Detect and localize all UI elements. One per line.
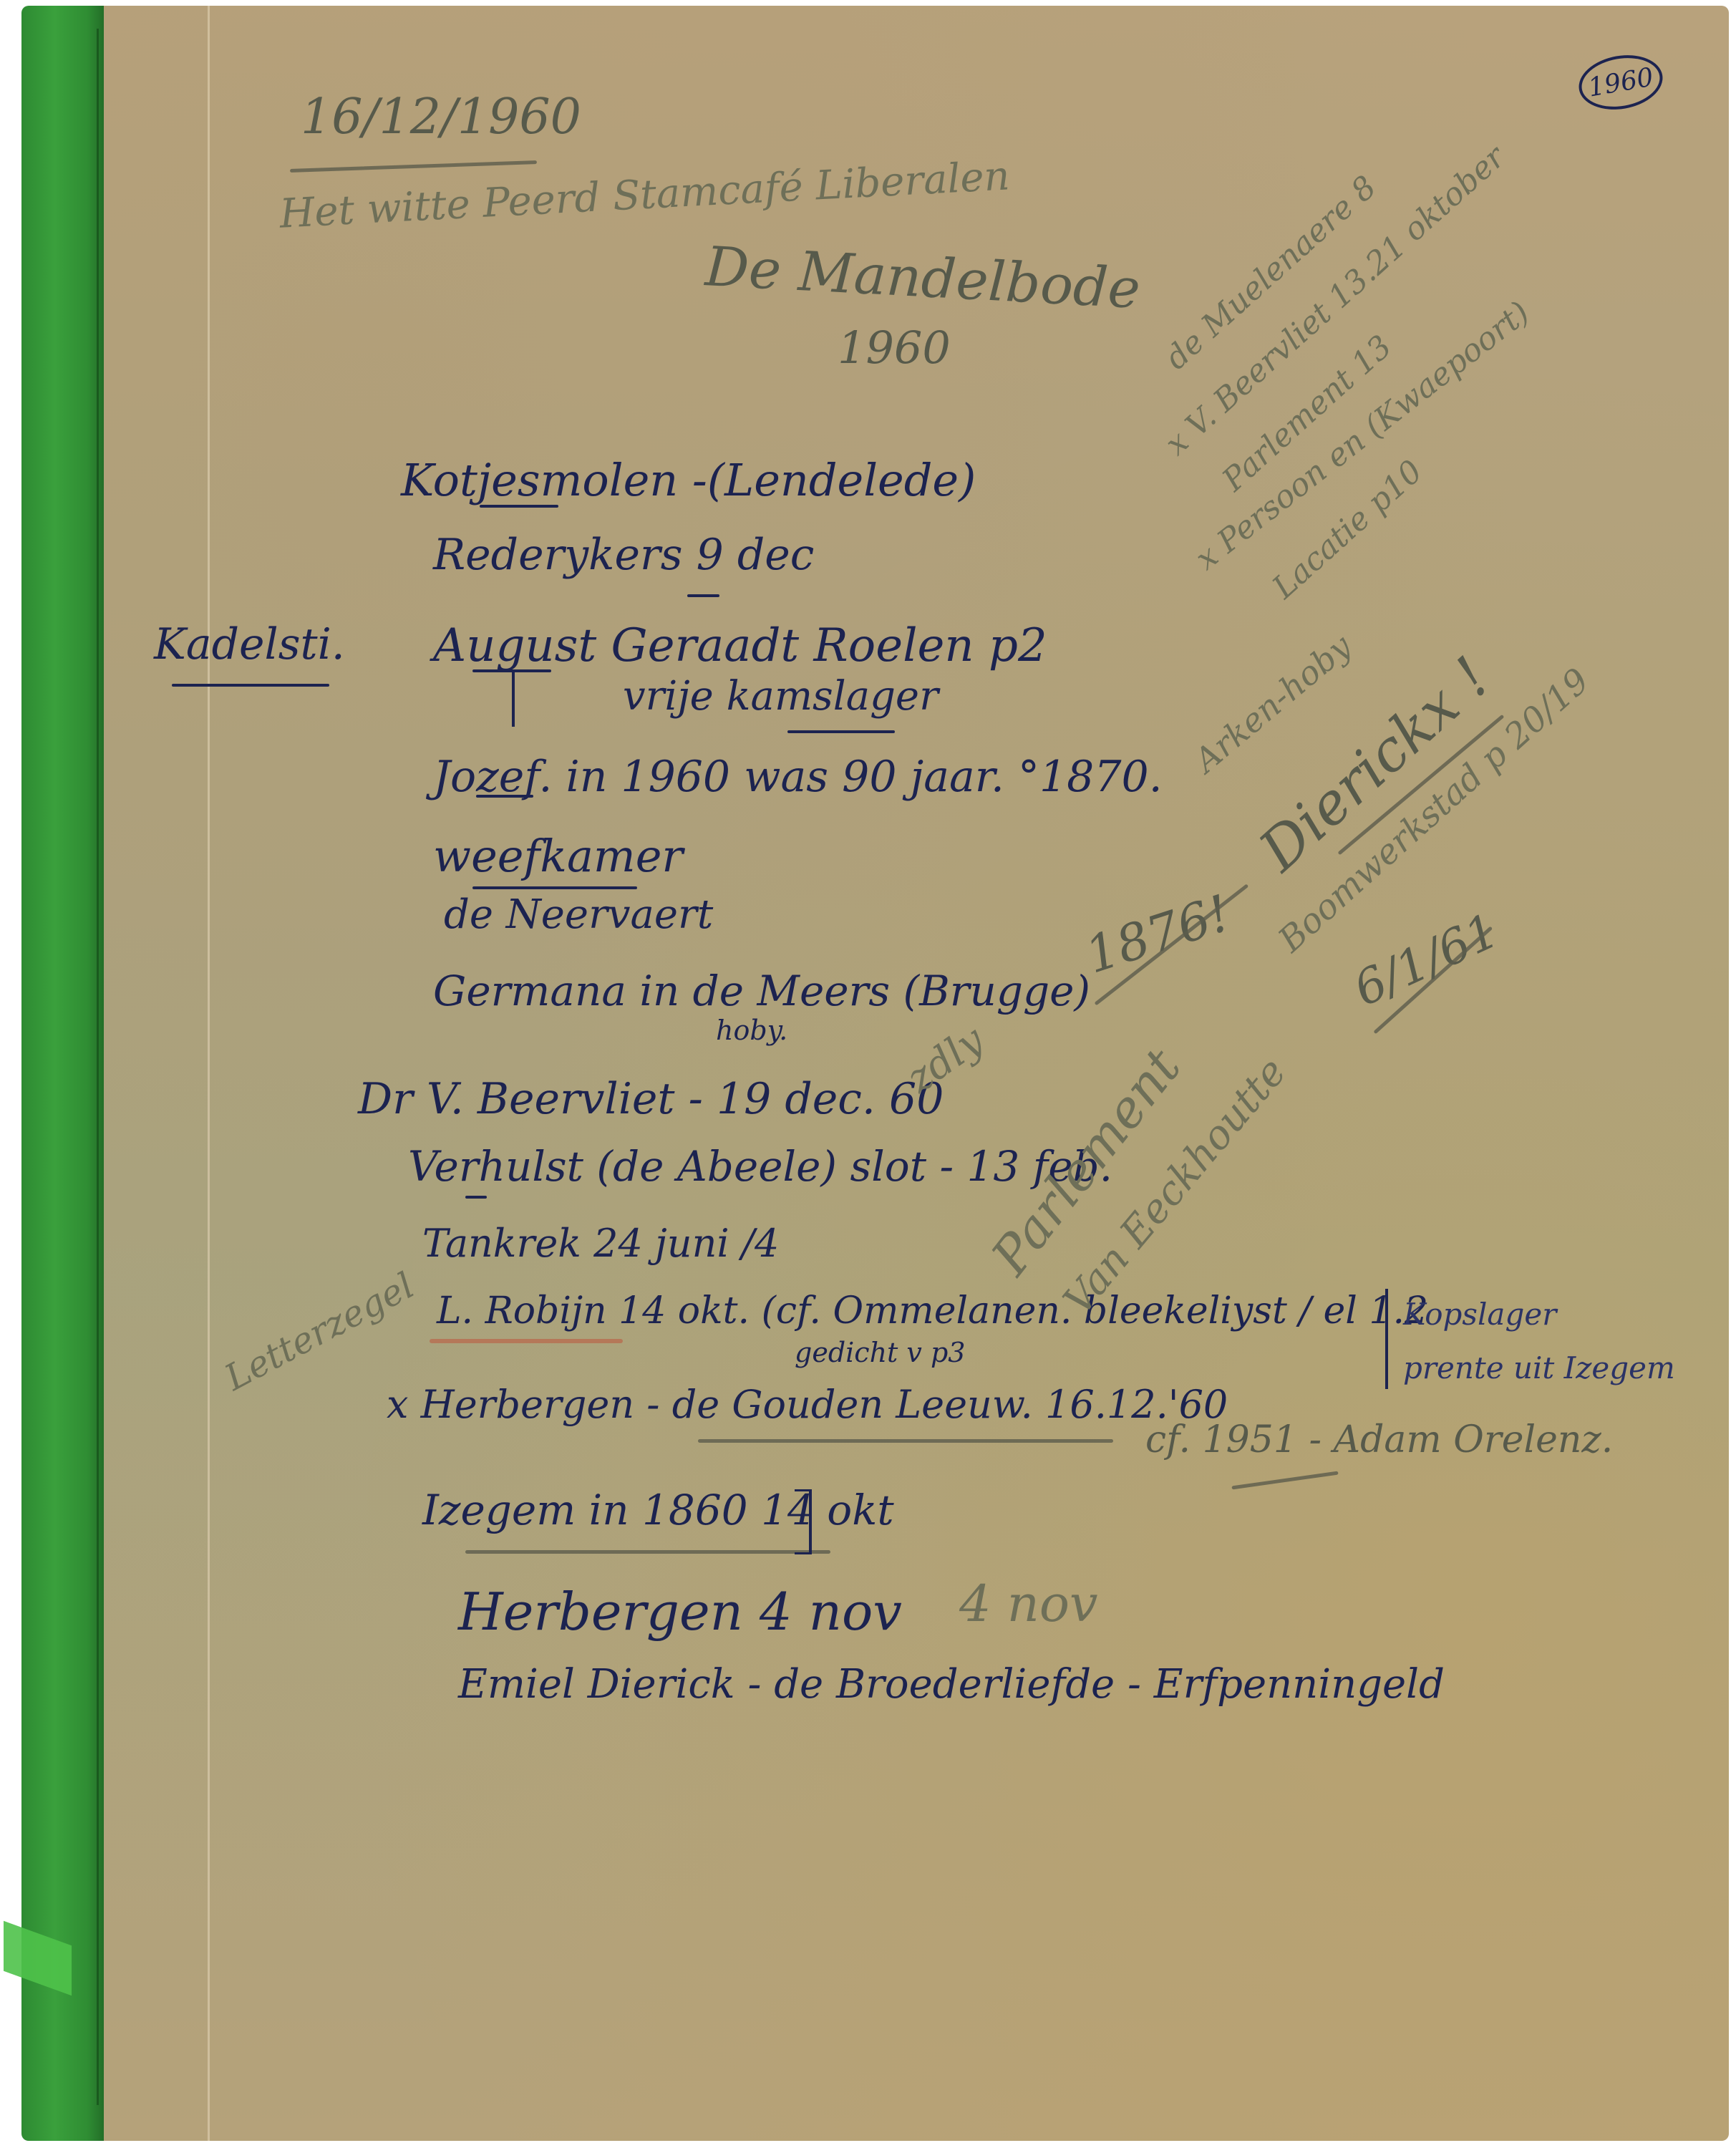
entry-beervliet: Dr V. Beervliet - 19 dec. 60 (358, 1078, 944, 1121)
year-stamp-text: 1960 (1586, 62, 1655, 102)
kadelsti-underline (172, 684, 329, 687)
entry-august-roelen: August Geraadt Roelen p2 (433, 623, 1047, 669)
pencil-nov: 4 nov (959, 1579, 1098, 1629)
green-binding-tape (21, 6, 104, 2141)
weefkamer-underline (472, 886, 637, 889)
entry-tankrek: Tankrek 24 juni /4 (422, 1224, 779, 1263)
cross-line (512, 669, 515, 727)
entry-emiel-dierick: Emiel Dierick - de Broederliefde - Erfpe… (458, 1665, 1445, 1705)
kamslager-underline (787, 730, 895, 733)
margin-kadelsti: Kadelsti. (154, 623, 345, 666)
entry-robijn: L. Robijn 14 okt. (cf. Ommelanen. bleeke… (437, 1292, 1428, 1330)
entry-neervaert: de Neervaert (444, 895, 713, 935)
robijn-red-underline (430, 1339, 623, 1343)
entry-kotjesmolen: Kotjesmolen -(Lendelede) (401, 458, 976, 503)
paper-crease (208, 6, 210, 2141)
gouden-leeuw-underline (698, 1439, 1113, 1443)
entry-izegem: Izegem in 1860 14 okt (422, 1489, 894, 1531)
header-year: 1960 (838, 326, 951, 370)
izegem-bracket (795, 1489, 812, 1554)
spine-edge-line (97, 29, 99, 2105)
entry-herbergen: x Herbergen - de Gouden Leeuw. 16.12.'60 (387, 1385, 1228, 1424)
entry-verhulst: Verhulst (de Abeele) slot - 13 feb. (408, 1146, 1112, 1187)
side-prente: prente uit Izegem (1403, 1353, 1675, 1383)
entry-vrije-kamslager: vrije kamslager (623, 677, 939, 717)
kopslager-bracket (1385, 1289, 1388, 1389)
kotjesmolen-underline (480, 505, 558, 508)
jozef-underline (476, 795, 533, 798)
entry-hoby: hoby. (716, 1017, 787, 1044)
rederykers-underline (687, 594, 719, 597)
entry-weefkamer: weefkamer (433, 834, 683, 879)
header-date: 16/12/1960 (301, 93, 581, 142)
entry-herbergen-nov: Herbergen 4 nov (458, 1586, 902, 1637)
entry-gedicht: gedicht v p3 (795, 1339, 965, 1366)
verhulst-underline (465, 1196, 487, 1199)
izegem-underline (465, 1550, 830, 1554)
side-cf-1951: cf. 1951 - Adam Orelenz. (1145, 1421, 1613, 1458)
side-kopslager: Kopslager (1403, 1300, 1556, 1330)
entry-rederykers: Rederykers 9 dec (433, 533, 814, 576)
entry-jozef: Jozef. in 1960 was 90 jaar. °1870. (433, 755, 1163, 798)
entry-germana: Germana in de Meers (Brugge) (433, 970, 1090, 1012)
